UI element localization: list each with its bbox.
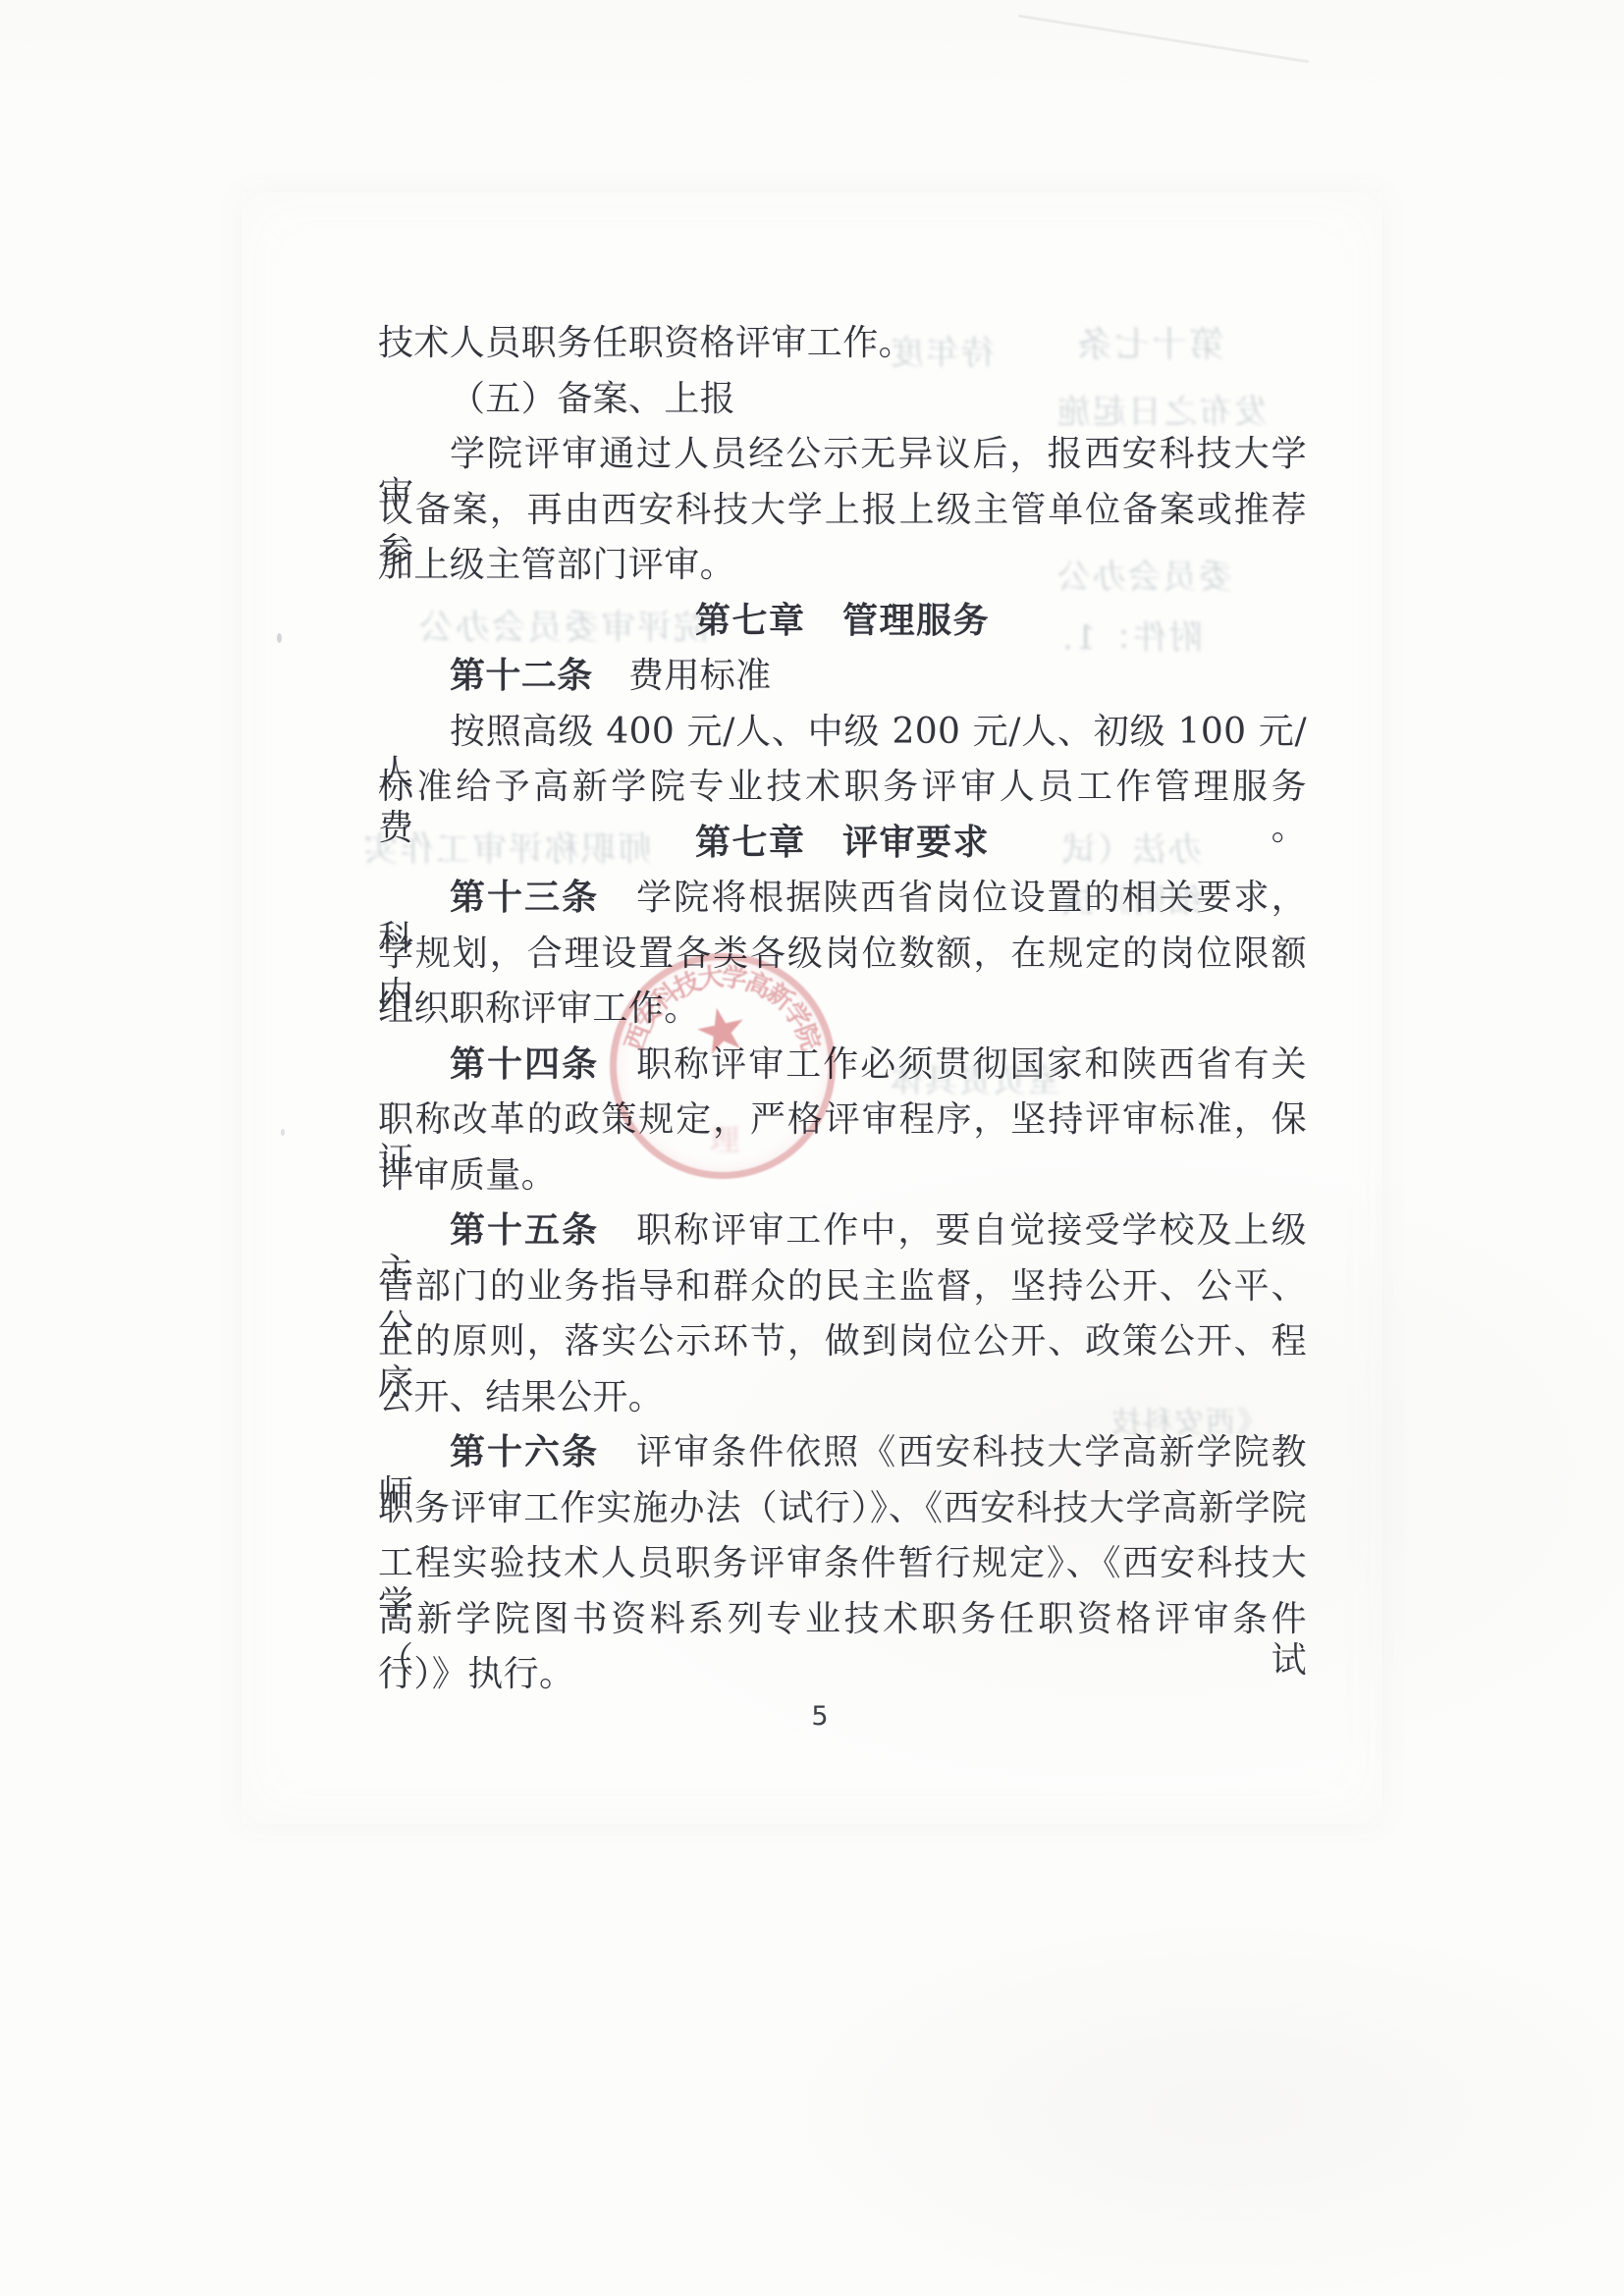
line-text: （五）备案、上报 [450,379,735,419]
document-line: 公开、结果公开。 [378,1377,1307,1418]
line-text: 行）》执行。 [378,1654,574,1694]
scanned-document-page: { "page": { "number": "5", "background":… [0,0,1624,2296]
document-line: 第十二条 费用标准 [378,656,1307,697]
scan-artifact-streak [1018,15,1310,64]
document-line: 技术人员职务任职资格评审工作。 [378,323,1307,364]
line-text: 评审质量。 [378,1155,557,1196]
document-line: （五）备案、上报 [378,379,1307,420]
document-line: 加上级主管部门评审。 [378,545,1307,586]
article-number: 第七章 管理服务 [695,601,990,641]
document-line: 组织职称评审工作。 [378,988,1307,1030]
article-number: 第十五条 [450,1210,599,1251]
line-text: 加上级主管部门评审。 [378,545,735,585]
article-number: 第十三条 [450,878,599,918]
line-text: 费用标准 [593,656,772,696]
line-text: 职务评审工作实施办法（试行）》、《西安科技大学高新学院 [378,1488,1307,1528]
article-number: 第十六条 [450,1432,599,1472]
document-line: 行）》执行。 [378,1654,1307,1695]
document-line: 职务评审工作实施办法（试行）》、《西安科技大学高新学院 [378,1488,1307,1529]
seal-bottom-glyph: 理 [710,1116,739,1159]
article-number: 第七章 评审要求 [695,823,990,863]
official-seal: ★ 理 西安科技大学高新学院 [606,949,839,1183]
line-text: 公开、结果公开。 [378,1377,664,1417]
document-line: 评审质量。 [378,1155,1307,1197]
chapter-heading: 第七章 管理服务 [378,601,1307,642]
scan-artifact-speck [277,633,282,643]
article-number: 第十四条 [450,1044,599,1085]
page-number: 5 [378,1701,1262,1732]
article-number: 第十二条 [450,656,593,696]
document-line: 第十四条 职称评审工作必须贯彻国家和陕西省有关 [378,1044,1307,1086]
chapter-heading: 第七章 评审要求 [378,823,1307,864]
line-text: 技术人员职务任职资格评审工作。 [378,323,914,363]
scan-artifact-speck [281,1129,285,1136]
